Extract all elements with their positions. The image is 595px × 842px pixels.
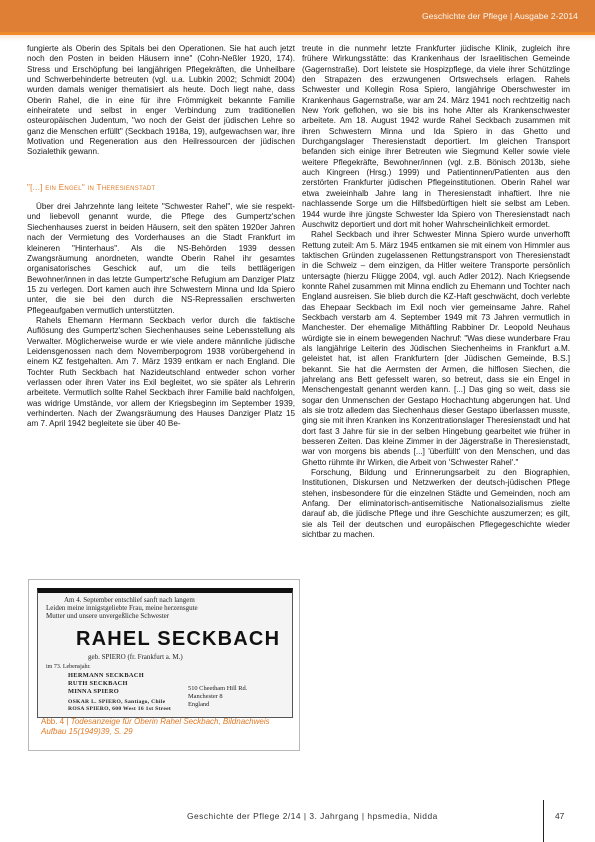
obituary-age: im 73. Lebensjahr. bbox=[46, 663, 91, 671]
left-column: fungierte als Oberin des Spitals bei den… bbox=[27, 44, 295, 430]
address-line: Manchester 8 bbox=[188, 693, 223, 701]
page-number: 47 bbox=[555, 811, 564, 821]
paragraph: Rahels Ehemann Hermann Seckbach verlor d… bbox=[27, 316, 295, 430]
obituary-nee: geb. SPIERO (fr. Frankfurt a. M.) bbox=[88, 653, 183, 661]
figure-caption: Abb. 4 | Todesanzeige für Oberin Rahel S… bbox=[41, 717, 291, 737]
paragraph: treute in die nunmehr letzte Frankfurter… bbox=[302, 44, 570, 230]
caption-label: Abb. 4 bbox=[41, 717, 64, 726]
address-line: England bbox=[188, 701, 209, 709]
paragraph: Rahel Seckbach und ihrer Schwester Minna… bbox=[302, 230, 570, 468]
obituary-name: RAHEL SECKBACH bbox=[76, 628, 280, 651]
right-column: treute in die nunmehr letzte Frankfurter… bbox=[302, 44, 570, 541]
obituary-intro-line: Am 4. September entschlief sanft nach la… bbox=[64, 596, 195, 604]
section-heading: "[...] ein Engel" in Theresienstadt bbox=[27, 183, 295, 193]
obituary-intro-line: Mutter und unsere unvergeßliche Schweste… bbox=[46, 612, 169, 620]
journal-issue-title: Geschichte der Pflege | Ausgabe 2-2014 bbox=[422, 11, 578, 21]
footer-citation: Geschichte der Pflege 2/14 | 3. Jahrgang… bbox=[187, 811, 438, 821]
address-line: 510 Cheetham Hill Rd. bbox=[188, 685, 247, 693]
running-header: Geschichte der Pflege | Ausgabe 2-2014 bbox=[0, 0, 595, 35]
paragraph: Forschung, Bildung und Erinnerungsarbeit… bbox=[302, 468, 570, 540]
obituary-intro-line: Leiden meine innigstgeliebte Frau, meine… bbox=[46, 604, 198, 612]
obituary-image: Am 4. September entschlief sanft nach la… bbox=[37, 588, 293, 718]
paragraph: fungierte als Oberin des Spitals bei den… bbox=[27, 44, 295, 158]
footer-divider bbox=[543, 800, 544, 842]
paragraph: Über drei Jahrzehnte lang leitete "Schwe… bbox=[27, 202, 295, 316]
header-shadow bbox=[0, 35, 595, 41]
mourner-name: MINNA SPIERO bbox=[68, 688, 119, 696]
mourner-name: HERMANN SECKBACH bbox=[68, 672, 144, 680]
caption-text: | Todesanzeige für Oberin Rahel Seckbach… bbox=[41, 717, 270, 736]
figure-obituary: Am 4. September entschlief sanft nach la… bbox=[28, 579, 300, 751]
mourner-name: RUTH SECKBACH bbox=[68, 680, 128, 688]
relative-line: ROSA SPIERO, 600 West 16 1st Street bbox=[68, 705, 171, 713]
